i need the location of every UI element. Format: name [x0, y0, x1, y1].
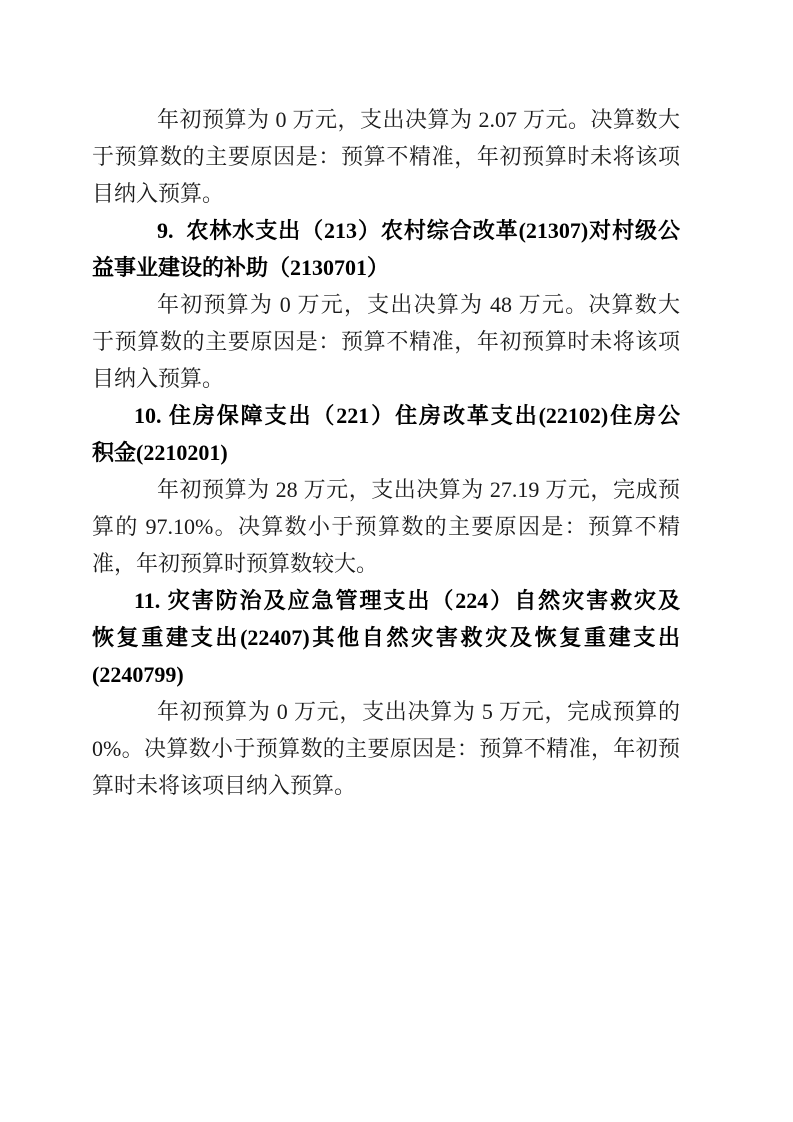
heading-line: 9. 农林水支出（213）农村综合改革(21307)对村级公: [92, 212, 680, 249]
text-line: 目纳入预算。: [92, 175, 680, 212]
heading-line: 恢复重建支出(22407)其他自然灾害救灾及恢复重建支出: [92, 619, 680, 656]
heading-line: 10. 住房保障支出（221）住房改革支出(22102)住房公: [92, 397, 680, 434]
document-page: 年初预算为 0 万元，支出决算为 2.07 万元。决算数大 于预算数的主要原因是…: [0, 0, 793, 1122]
text-line: 算的 97.10%。决算数小于预算数的主要原因是：预算不精: [92, 508, 680, 545]
paragraph-section-10: 年初预算为 28 万元，支出决算为 27.19 万元，完成预 算的 97.10%…: [92, 471, 680, 582]
heading-line: 益事业建设的补助（2130701）: [92, 249, 680, 286]
text-line: 年初预算为 0 万元，支出决算为 5 万元，完成预算的: [92, 693, 680, 730]
text-line: 0%。决算数小于预算数的主要原因是：预算不精准，年初预: [92, 730, 680, 767]
paragraph-section-11: 年初预算为 0 万元，支出决算为 5 万元，完成预算的 0%。决算数小于预算数的…: [92, 693, 680, 804]
text-line: 年初预算为 28 万元，支出决算为 27.19 万元，完成预: [92, 471, 680, 508]
text-line: 年初预算为 0 万元，支出决算为 48 万元。决算数大: [92, 286, 680, 323]
section-heading-10: 10. 住房保障支出（221）住房改革支出(22102)住房公 积金(22102…: [92, 397, 680, 471]
heading-line: (2240799): [92, 656, 680, 693]
heading-line: 积金(2210201): [92, 434, 680, 471]
section-heading-11: 11. 灾害防治及应急管理支出（224）自然灾害救灾及 恢复重建支出(22407…: [92, 582, 680, 693]
text-line: 年初预算为 0 万元，支出决算为 2.07 万元。决算数大: [92, 101, 680, 138]
text-line: 于预算数的主要原因是：预算不精准，年初预算时未将该项: [92, 138, 680, 175]
page-content: 年初预算为 0 万元，支出决算为 2.07 万元。决算数大 于预算数的主要原因是…: [92, 101, 680, 804]
heading-line: 11. 灾害防治及应急管理支出（224）自然灾害救灾及: [92, 582, 680, 619]
text-line: 于预算数的主要原因是：预算不精准，年初预算时未将该项: [92, 323, 680, 360]
paragraph-section-8-continuation: 年初预算为 0 万元，支出决算为 2.07 万元。决算数大 于预算数的主要原因是…: [92, 101, 680, 212]
paragraph-section-9: 年初预算为 0 万元，支出决算为 48 万元。决算数大 于预算数的主要原因是：预…: [92, 286, 680, 397]
text-line: 目纳入预算。: [92, 360, 680, 397]
text-line: 算时未将该项目纳入预算。: [92, 767, 680, 804]
section-heading-9: 9. 农林水支出（213）农村综合改革(21307)对村级公 益事业建设的补助（…: [92, 212, 680, 286]
text-line: 准，年初预算时预算数较大。: [92, 545, 680, 582]
